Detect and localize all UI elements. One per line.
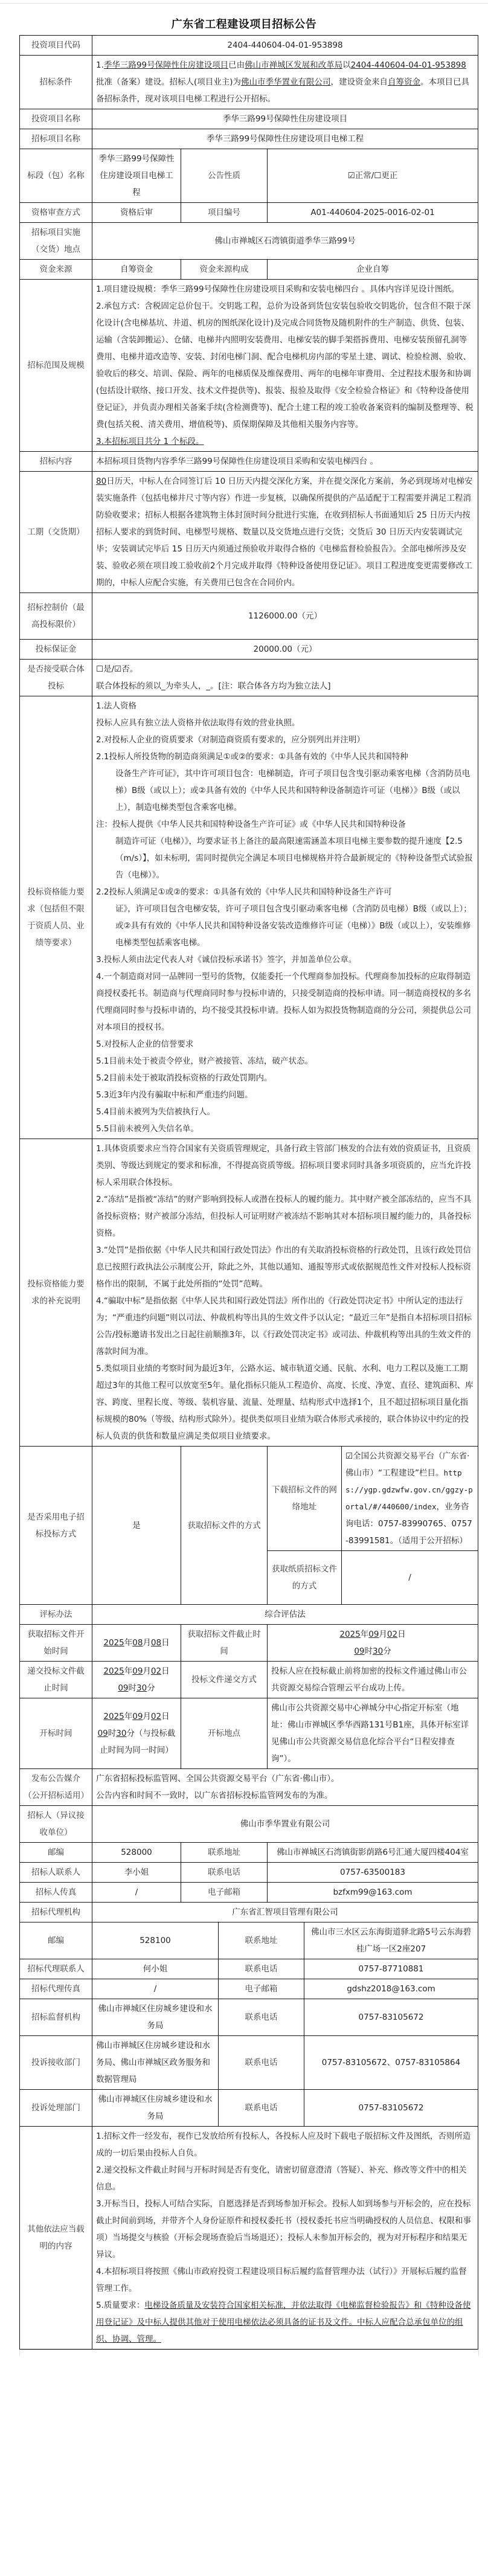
scope-item: 2.承包方式：含税固定总价包干。交钥匙工程，总价为设备到货包安装包验收交钥匙价，… [96, 298, 474, 433]
label: 招标人传真 [20, 1883, 92, 1903]
label: 投标文件递交方式 [181, 1662, 268, 1698]
year: 2025 [103, 1638, 124, 1648]
tenderer-phone: 0757-63500183 [268, 1863, 478, 1883]
other-item: 3.开标当日，投标人可结合实际，自愿选择是否到场参加开标会。投标人如到场参与开标… [96, 2195, 474, 2263]
row-review: 资格审查方式 资格后审 项目编号 A01-440604-2025-0016-02… [20, 203, 478, 223]
label: 招标代理传真 [20, 1979, 92, 1999]
label: 联系电话 [219, 1999, 304, 2036]
row-invest-code: 投资项目代码 2404-440604-04-01-953898 [20, 36, 478, 56]
obtain-start-time: 2025年08月08日 [92, 1625, 181, 1662]
project-name-link: 季华三路99号保障性住房建设项目 [104, 60, 228, 70]
complaint-handle-phone: 0757-83105672 [304, 2090, 478, 2127]
tenderer-email-link[interactable]: bzfxm99@163.com [268, 1883, 478, 1903]
other-item: 1.招标文件一经发布，视作已发放给所有投标人，各投标人应及时下载电子版招标文件及… [96, 2128, 474, 2162]
row-media: 发布公告媒介（公开招标适用） 广东省招标投标监管网、全国公共资源交易平台（广东省… [20, 1769, 478, 1806]
qual-line: 3.投标人须由法定代表人对《诚信投标承诺书》签字，并加盖单位公章。 [96, 951, 474, 968]
submit-method-value: 投标人应在投标截止前将加密的投标文件通过佛山市公共资源交易综合管理云平台成功上传… [268, 1662, 478, 1698]
other-content: 1.招标文件一经发布，视作已发放给所有投标人，各投标人应及时下载电子版招标文件及… [92, 2127, 478, 2350]
quality-prefix: 5.质量要求： [96, 2301, 144, 2310]
unit: 日 [397, 1630, 406, 1639]
row-control-price: 招标控制价（最高投标限价） 1126000.00（元） [20, 593, 478, 640]
media-content: 广东省招标投标监管网、全国公共资源交易平台（广东省·佛山市）。 公告内容和时间不… [92, 1769, 478, 1806]
label: 投标资格能力要求的补充说明 [20, 1139, 92, 1447]
unit: 时 [108, 1729, 117, 1738]
tenderer-value: 佛山市季华置业有限公司 [92, 1806, 478, 1843]
day: 08 [151, 1638, 161, 1648]
label: 标段（包）名称 [20, 149, 92, 203]
row-conditions: 招标条件 1.季华三路99号保障性住房建设项目已由佛山市禅城区发展和改革局以24… [20, 56, 478, 109]
label: 投标资格能力要求（包括但不限于资质人员、业绩等要求） [20, 696, 92, 1139]
label: 工期（交货期） [20, 472, 92, 593]
approver-name: 佛山市禅城区发展和改革局 [245, 60, 342, 70]
month: 09 [368, 1630, 379, 1639]
qualification-content: 1.法人资格 投标人应具有独立法人资格并依法取得有效的营业执照。 2.对投标人企… [92, 696, 478, 1139]
download-address: ☑全国公共资源交易平台（广东省·佛山市）“工程建设”栏目。https://ygp… [342, 1447, 478, 1551]
row-content: 招标内容 本招标项目货物内容季华三路99号保障性住房建设项目采购和安装电梯四台 … [20, 452, 478, 472]
label: 招标人（异议接收单位） [20, 1806, 92, 1843]
supplement-item: 3.“处罚”是指依据《中华人民共和国行政处罚法》作出的有关取消投标资格的行政处罚… [96, 1242, 474, 1293]
row-electronic: 是否采用电子招标投标方式 是 获取招标文件的方式 下载招标文件的网络地址 ☑全国… [20, 1447, 478, 1551]
hour: 09 [354, 1646, 364, 1656]
qual-line: 2.对投标人企业的资质要求（对制造商资质有要求的，应分别列出并注明） [96, 731, 474, 748]
unit: 年 [124, 1666, 133, 1676]
agency-email-link[interactable]: gdshz2018@163.com [304, 1979, 478, 1999]
funding-composition-value: 企业自筹 [268, 260, 478, 280]
label: 投诉接收部门 [20, 2036, 92, 2090]
year: 2025 [103, 1666, 124, 1676]
month: 09 [132, 1712, 143, 1721]
row-supervision: 招标监督机构 佛山市禅城区住房城乡建设和水务局 联系电话 0757-831056… [20, 1999, 478, 2036]
supplement-content: 1.具体资质要求应当符合国家有关资质管理规定，具备行政主管部门核发的合法有效的资… [92, 1139, 478, 1447]
complaint-recv-phone: 0757-83105672、0757-83105864 [304, 2036, 478, 2090]
page-title: 广东省工程建设项目招标公告 [0, 16, 488, 31]
agency-value: 广东省汇智项目管理有限公司 [92, 1903, 478, 1922]
supplement-item: 4.“骗取中标”是指依据《中华人民共和国行政处罚法》所作出的《行政处罚决定书》中… [96, 1293, 474, 1360]
label: 招标内容 [20, 452, 92, 472]
period-days: 80 [96, 477, 106, 486]
label: 投诉处理部门 [20, 2090, 92, 2127]
complaint-recv-value: 佛山市禅城区住房城乡建设和水务局、佛山市禅城区政务服务和数据管理局 [92, 2036, 219, 2090]
label: 资格审查方式 [20, 203, 92, 223]
text: 批准（备案）建设。招标人(项目业主)为 [96, 77, 241, 87]
consortium-value: ☐是/☑否。 联合体投标的须以_为牵头人，_。[注：联合体各方均为独立法人] [92, 660, 478, 696]
label: 招标项目名称 [20, 129, 92, 149]
conditions-text: 1.季华三路99号保障性住房建设项目已由佛山市禅城区发展和改革局以2404-44… [92, 56, 478, 109]
supervision-phone: 0757-83105672 [304, 1999, 478, 2036]
qual-line: 1.法人资格 [96, 698, 474, 715]
evaluation-value: 综合评估法 [92, 1605, 478, 1625]
qual-line: 投标人应具有独立法人资格并依法取得有效的营业执照。 [96, 715, 474, 731]
row-tenderer: 招标人（异议接收单位） 佛山市季华置业有限公司 [20, 1806, 478, 1843]
qual-line: 制造许可证（电梯）》，均要求证书上备注的最高限速需涵盖本项目电梯主要参数的提升速… [96, 833, 474, 884]
hour: 09 [118, 1683, 128, 1693]
label: 是否接受联合体投标 [20, 660, 92, 696]
label: 资金来源构成 [181, 260, 268, 280]
notice-nature-value: ☑正常/☐更正 [268, 149, 478, 203]
label: 邮编 [20, 1922, 92, 1959]
unit: 月 [143, 1666, 151, 1676]
minute: 30 [373, 1646, 383, 1656]
agency-fax: / [92, 1979, 219, 1999]
row-consortium: 是否接受联合体投标 ☐是/☑否。 联合体投标的须以_为牵头人，_。[注：联合体各… [20, 660, 478, 696]
period-text: 日历天，中标人在合同签订后 10 日历天内提交深化方案，并在提交深化方案前，务必… [96, 477, 472, 588]
row-period: 工期（交货期） 80日历天，中标人在合同签订后 10 日历天内提交深化方案，并在… [20, 472, 478, 593]
label: 联系地址 [219, 1922, 304, 1959]
tenderer-postcode: 528000 [92, 1843, 181, 1863]
obtain-end-time: 2025年09月02日09时30分 [268, 1625, 478, 1662]
invest-code-value: 2404-440604-04-01-953898 [92, 36, 478, 56]
label: 联系地址 [181, 1843, 268, 1863]
unit: 时 [365, 1646, 373, 1656]
row-tenderer-fax: 招标人传真 / 电子邮箱 bzfxm99@163.com [20, 1883, 478, 1903]
label: 资金来源 [20, 260, 92, 280]
label: 开标地点 [181, 1698, 268, 1769]
qual-line: 5.对投标人企业的信誉要求 [96, 1036, 474, 1053]
deposit-value: 20000.00（元） [92, 640, 478, 660]
other-item: 4.本招标项目将按照《佛山市政府投资工程建设项目标后履约监督管理办法（试行）》开… [96, 2263, 474, 2297]
row-complaint-handle: 投诉处理部门 佛山市禅城区住房城乡建设和水务局 联系电话 0757-831056… [20, 2090, 478, 2127]
invest-name-value: 季华三路99号保障性住房建设项目 [92, 109, 478, 129]
row-section: 标段（包）名称 季华三路99号保障性住房建设项目电梯工程 公告性质 ☑正常/☐更… [20, 149, 478, 203]
row-deposit: 投标保证金 20000.00（元） [20, 640, 478, 660]
qual-line: 5.5目前未被列入失信名单。 [96, 1120, 474, 1137]
label: 投标保证金 [20, 640, 92, 660]
consortium-choice: ☐是/☑否。 [96, 661, 474, 678]
scope-content: 1.项目建设规模：季华三路99号保障性住房建设项目采购和安装电梯四台 。具体内容… [92, 280, 478, 452]
label: 获取招标文件截止时间 [181, 1625, 268, 1662]
supplement-item: 2.“冻结”是指被“冻结”的财产影响到投标人或潜在投标人的履约能力。其中财产被全… [96, 1191, 474, 1242]
agency-postcode: 528100 [92, 1922, 219, 1959]
qual-line: 5.2目前未处于被取消投标资格的行政处罚期内。 [96, 1070, 474, 1087]
label: 其他依法应当载明的内容 [20, 2127, 92, 2350]
label: 评标办法 [20, 1605, 92, 1625]
unit: 时 [129, 1683, 137, 1693]
unit: 分 [147, 1683, 155, 1693]
minute: 30 [116, 1729, 126, 1738]
electronic-value: 是 [92, 1447, 181, 1605]
day: 02 [151, 1666, 161, 1676]
supplement-item: 5.类似项目业绩的考察时间为最近3年，公路水运、城市轨道交通、民航、水利、电力工… [96, 1360, 474, 1445]
content-value: 本招标项目货物内容季华三路99号保障性住房建设项目采购和安装电梯四台 。 [92, 452, 478, 472]
period-value: 80日历天，中标人在合同签订后 10 日历天内提交深化方案，并在提交深化方案前，… [92, 472, 478, 593]
label: 下载招标文件的网络地址 [268, 1447, 342, 1551]
row-qualification: 投标资格能力要求（包括但不限于资质人员、业绩等要求） 1.法人资格 投标人应具有… [20, 696, 478, 1139]
year: 2025 [339, 1630, 360, 1639]
unit: 日 [161, 1638, 170, 1648]
top-divider [0, 0, 488, 4]
agency-phone: 0757-87710881 [304, 1959, 478, 1979]
label: 招标控制价（最高投标限价） [20, 593, 92, 640]
unit: 月 [143, 1712, 151, 1721]
qual-line: 设备生产许可证》，其中许可项目包含：电梯制造，许可子项目包含曳引驱动乘客电梯（含… [96, 765, 474, 816]
row-funding: 资金来源 自筹资金 资金来源构成 企业自筹 [20, 260, 478, 280]
label: 项目编号 [181, 203, 268, 223]
other-item-quality: 5.质量要求：电梯设备质量及安装符合国家相关标准，并依法取得《电梯监督检验报告》… [96, 2297, 474, 2348]
text: 以 [342, 60, 351, 70]
label: 是否采用电子招标投标方式 [20, 1447, 92, 1605]
row-opening: 开标时间 2025年09月02日09时30分（与投标截止时间为同一时间） 开标地… [20, 1698, 478, 1769]
row-invest-name: 投资项目名称 季华三路99号保障性住房建设项目 [20, 109, 478, 129]
qual-line: 5.3近3年内没有骗取中标和严重违约问题。 [96, 1087, 474, 1103]
tenderer-person: 李小姐 [92, 1863, 181, 1883]
other-item: 2.递交投标文件截止时间与开标时间是否有变化，请密切留意澄清（答疑）、补充、修改… [96, 2162, 474, 2195]
qual-line: 5.1目前未处于被责令停业，财产被接管、冻结，破产状态。 [96, 1053, 474, 1070]
opening-place-value: 佛山市公共资源交易中心禅城分中心指定开标室（地址：佛山市禅城区季华西路131号B… [268, 1698, 478, 1769]
label: 邮编 [20, 1843, 92, 1863]
row-submit: 递交投标文件截止时间 2025年09月02日09时30分 投标文件递交方式 投标… [20, 1662, 478, 1698]
agency-address: 佛山市三水区云东海街道驿北路5号云东海碧桂广场一区2座207 [304, 1922, 478, 1959]
media-line: 公告内容和时间不一致时，以广东省招标投标监管网发布的为准。 [96, 1787, 474, 1804]
label: 联系电话 [219, 2090, 304, 2127]
row-evaluation: 评标办法 综合评估法 [20, 1605, 478, 1625]
label: 公告性质 [181, 149, 268, 203]
tender-name-value: 季华三路99号保障性住房建设项目电梯工程 [92, 129, 478, 149]
label: 招标代理机构 [20, 1903, 92, 1922]
row-tenderer-postcode: 邮编 528000 联系地址 佛山市禅城区石湾镇街影荫路6号汇通大厦四楼404室 [20, 1843, 478, 1863]
paper-method-value: / [342, 1551, 478, 1605]
unit: 日 [161, 1712, 170, 1721]
month: 09 [132, 1666, 143, 1676]
row-agency-person: 招标代理联系人 何小姐 联系电话 0757-87710881 [20, 1959, 478, 1979]
unit: 分 [383, 1646, 391, 1656]
qual-line: 2.2投标人须满足①或②的要求：①具备有效的《中华人民共和国特种设备生产许可 [96, 884, 474, 901]
label: 电子邮箱 [219, 1979, 304, 1999]
label: 联系电话 [219, 2036, 304, 2090]
qual-line: 4.一个制造商对同一品牌同一型号的货物，仅能委托一个代理商参加投标。代理商参加投… [96, 968, 474, 1036]
location-value: 佛山市禅城区石湾镇街道季华三路99号 [92, 223, 478, 260]
label: 招标人联系人 [20, 1863, 92, 1883]
unit: 年 [361, 1630, 369, 1639]
label: 获取招标文件的方式 [181, 1447, 268, 1605]
row-other: 其他依法应当载明的内容 1.招标文件一经发布，视作已发放给所有投标人，各投标人应… [20, 2127, 478, 2350]
row-location: 招标项目实施（交货）地点 佛山市禅城区石湾镇街道季华三路99号 [20, 223, 478, 260]
label: 电子邮箱 [181, 1883, 268, 1903]
unit: 月 [143, 1638, 151, 1648]
supplement-item: 1.具体资质要求应当符合国家有关资质管理规定，具备行政主管部门核发的合法有效的资… [96, 1140, 474, 1191]
year: 2025 [103, 1712, 124, 1721]
tenderer-address: 佛山市禅城区石湾镇街影荫路6号汇通大厦四楼404室 [268, 1843, 478, 1863]
day: 02 [151, 1712, 161, 1721]
agency-person: 何小姐 [92, 1959, 219, 1979]
qual-line: 注：投标人提供《中华人民共和国特种设备生产许可证》或《中华人民共和国特种设备 [96, 816, 474, 833]
unit: 年 [124, 1712, 133, 1721]
funding-value: 自筹资金 [92, 260, 181, 280]
label: 发布公告媒介（公开招标适用） [20, 1769, 92, 1806]
qual-line: 2.1投标人所投货物的制造商须满足①或②的要求：①具备有效的《中华人民共和国特种 [96, 748, 474, 765]
row-tender-name: 招标项目名称 季华三路99号保障性住房建设项目电梯工程 [20, 129, 478, 149]
text: ，建设资金来自 [331, 77, 388, 87]
control-price-value: 1126000.00（元） [92, 593, 478, 640]
row-complaint-recv: 投诉接收部门 佛山市禅城区住房城乡建设和水务局、佛山市禅城区政务服务和数据管理局… [20, 2036, 478, 2090]
label: 联系电话 [181, 1863, 268, 1883]
row-agency-postcode: 邮编 528100 联系地址 佛山市三水区云东海街道驿北路5号云东海碧桂广场一区… [20, 1922, 478, 1959]
minute: 30 [136, 1683, 147, 1693]
row-agency: 招标代理机构 广东省汇智项目管理有限公司 [20, 1903, 478, 1922]
unit: 年 [124, 1638, 133, 1648]
review-method-value: 资格后审 [92, 203, 181, 223]
submit-deadline: 2025年09月02日09时30分 [92, 1662, 181, 1698]
label: 投资项目名称 [20, 109, 92, 129]
media-line: 广东省招标投标监管网、全国公共资源交易平台（广东省·佛山市）。 [96, 1770, 474, 1787]
owner-name: 佛山市季华置业有限公司 [241, 77, 331, 87]
row-scope: 招标范围及规模 1.项目建设规模：季华三路99号保障性住房建设项目采购和安装电梯… [20, 280, 478, 452]
label: 投资项目代码 [20, 36, 92, 56]
label: 招标条件 [20, 56, 92, 109]
unit: 日 [161, 1666, 170, 1676]
section-name-value: 季华三路99号保障性住房建设项目电梯工程 [92, 149, 181, 203]
quality-text: 电梯设备质量及安装符合国家相关标准，并依法取得《电梯监督检验报告》和《特种设备使… [96, 2301, 470, 2344]
month: 08 [132, 1638, 143, 1648]
label: 招标代理联系人 [20, 1959, 92, 1979]
text: 1. [96, 60, 104, 70]
hour: 09 [98, 1729, 108, 1738]
tender-notice-table: 投资项目代码 2404-440604-04-01-953898 招标条件 1.季… [19, 35, 478, 2350]
project-number-value: A01-440604-2025-0016-02-01 [268, 203, 478, 223]
qual-line: 证》，许可项目包含电梯安装，许可子项目包含曳引驱动乘客电梯（含消防员电梯）B级（… [96, 901, 474, 951]
table-tail-border [19, 2350, 479, 2356]
label: 联系电话 [219, 1959, 304, 1979]
consortium-note: 联合体投标的须以_为牵头人，_。[注：联合体各方均为独立法人] [96, 678, 474, 695]
label: 招标项目实施（交货）地点 [20, 223, 92, 260]
label: 获取纸质招标文件的方式 [268, 1551, 342, 1605]
label: 递交投标文件截止时间 [20, 1662, 92, 1698]
row-supplement: 投标资格能力要求的补充说明 1.具体资质要求应当符合国家有关资质管理规定，具备行… [20, 1139, 478, 1447]
qual-line: 5.4目前未被列为失信被执行人。 [96, 1103, 474, 1120]
label: 获取招标文件开始时间 [20, 1625, 92, 1662]
opening-time: 2025年09月02日09时30分（与投标截止时间为同一时间） [92, 1698, 181, 1769]
label: 招标范围及规模 [20, 280, 92, 452]
unit: 月 [379, 1630, 387, 1639]
label: 招标监督机构 [20, 1999, 92, 2036]
unit: 分 [126, 1729, 135, 1738]
supervision-value: 佛山市禅城区住房城乡建设和水务局 [92, 1999, 219, 2036]
text: 已由 [228, 60, 245, 70]
tenderer-fax: / [92, 1883, 181, 1903]
scope-sections-note: 3.本招标项目共分 1 个标段。 [96, 433, 474, 450]
funds-source: 自筹资金 [388, 77, 420, 87]
row-agency-fax: 招标代理传真 / 电子邮箱 gdshz2018@163.com [20, 1979, 478, 1999]
complaint-handle-value: 佛山市禅城区住房城乡建设和水务局 [92, 2090, 219, 2127]
label: 开标时间 [20, 1698, 92, 1769]
row-obtain-time: 获取招标文件开始时间 2025年08月08日 获取招标文件截止时间 2025年0… [20, 1625, 478, 1662]
day: 02 [387, 1630, 397, 1639]
scope-item: 1.项目建设规模：季华三路99号保障性住房建设项目采购和安装电梯四台 。具体内容… [96, 281, 474, 298]
approval-number: 2404-440604-04-01-953898 [351, 60, 466, 70]
row-tenderer-person: 招标人联系人 李小姐 联系电话 0757-63500183 [20, 1863, 478, 1883]
